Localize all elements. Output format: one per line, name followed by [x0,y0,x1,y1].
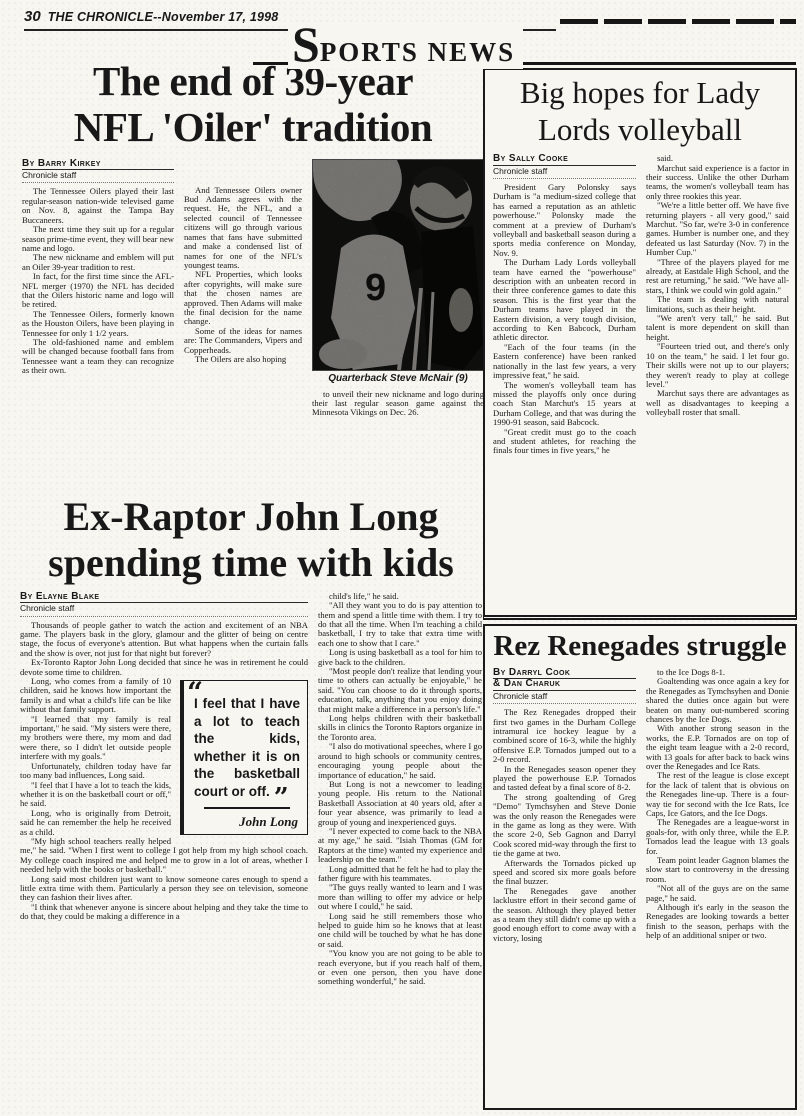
paragraph: The Renegades gave another lacklustre ef… [493,887,636,943]
paragraph: President Gary Polonsky says Durham is "… [493,183,636,258]
paragraph: Long is using basketball as a tool for h… [318,648,482,667]
paragraph: The rest of the league is close except f… [646,771,789,818]
oilers-headline: The end of 39-year NFL 'Oiler' tradition [22,58,484,151]
johnlong-left-lead-text: Thousands of people gather to watch the … [20,621,308,677]
section-banner: SPORTS NEWS [288,22,523,69]
oilers-byline: By Barry Kirkey [22,159,174,170]
paragraph: Afterwards the Tornados picked up speed … [493,859,636,887]
renegades-byline-role: Chronicle staff [493,691,636,704]
newspaper-masthead: THE CHRONICLE--November 17, 1998 [48,10,279,24]
football-photo: 9 [312,159,484,371]
volleyball-column-2: said.Marchut said experience is a factor… [646,154,789,456]
paragraph: "My high school teachers really helped m… [20,837,308,875]
paragraph: In fact, for the first time since the AF… [22,272,174,310]
football-photo-art: 9 [313,160,483,370]
johnlong-column-right: child's life," he said."All they want yo… [318,592,482,987]
renegades-col2-text: to the Ice Dogs 8-1.Goaltending was once… [646,668,789,941]
paragraph: "You know you are not going to be able t… [318,949,482,987]
paragraph: "Most people don't realize that lending … [318,667,482,714]
paragraph: Some of the ideas for names are: The Com… [184,327,302,355]
paragraph: Long said he still remembers those who h… [318,912,482,950]
pull-quote-text: I feel that I have a lot to teach the ki… [194,695,300,800]
paragraph: The Renegades are a league-worst in goal… [646,818,789,856]
paragraph: "We aren't very tall," he said. But tale… [646,314,789,342]
oilers-col2-text: And Tennessee Oilers owner Bud Adams agr… [184,186,302,365]
pull-quote-box: “ I feel that I have a lot to teach the … [180,680,308,835]
paragraph: Team point leader Gagnon blames the slow… [646,856,789,884]
volleyball-byline-role: Chronicle staff [493,166,636,179]
open-quote-mark: “ [187,679,203,707]
volleyball-byline: By Sally Cooke [493,154,636,165]
newspaper-page: 30THE CHRONICLE--November 17, 1998 SPORT… [0,0,804,1116]
section-initial: S [292,16,320,72]
oilers-column-1: By Barry Kirkey Chronicle staff The Tenn… [22,159,174,418]
paragraph: "Fourteen tried out, and there's only 10… [646,342,789,389]
johnlong-column-left: By Elayne Blake Chronicle staff Thousand… [20,592,308,987]
paragraph: The Tennessee Oilers played their last r… [22,187,174,225]
renegades-headline: Rez Renegades struggle [493,631,787,663]
page-number: 30 [24,8,41,25]
paragraph: "I also do motivational speeches, where … [318,742,482,780]
renegades-column-1: By Darryl Cook & Dan Charuk Chronicle st… [493,668,636,943]
section-title: PORTS NEWS [320,37,515,67]
oilers-col1-text: The Tennessee Oilers played their last r… [22,187,174,375]
volleyball-headline: Big hopes for Lady Lords volleyball [493,75,787,148]
paragraph: "Each of the four teams (in the Eastern … [493,343,636,381]
paragraph: "Great credit must go to the coach and s… [493,428,636,456]
paragraph: The Rez Renegades dropped their first tw… [493,708,636,764]
johnlong-right-text: child's life," he said."All they want yo… [318,592,482,987]
paragraph: With another strong season in the works,… [646,724,789,771]
paragraph: Long said most children just want to kno… [20,875,308,903]
johnlong-byline: By Elayne Blake [20,592,308,603]
paragraph: to unveil their new nickname and logo du… [312,390,484,418]
paragraph: The Tennessee Oilers, formerly known as … [22,310,174,338]
johnlong-headline: Ex-Raptor John Long spending time with k… [20,494,482,587]
paragraph: "The guys really wanted to learn and I w… [318,883,482,911]
oilers-col3-text: to unveil their new nickname and logo du… [312,390,484,418]
paragraph: The strong goaltending of Greg "Demo" Ty… [493,793,636,859]
header-rule-right [560,19,796,24]
paragraph: "Not all of the guys are on the same pag… [646,884,789,903]
paragraph: Goaltending was once again a key for the… [646,677,789,724]
paragraph: And Tennessee Oilers owner Bud Adams agr… [184,186,302,271]
paragraph: The Durham Lady Lords volleyball team ha… [493,258,636,343]
paragraph: The next time they suit up for a regular… [22,225,174,253]
paragraph: NFL Properties, which looks after copyri… [184,270,302,326]
paragraph: Marchut said experience is a factor in t… [646,164,789,202]
paragraph: "I never expected to come back to the NB… [318,827,482,865]
paragraph: The team is dealing with natural limitat… [646,295,789,314]
close-quote-mark: ” [274,783,289,813]
paragraph: Ex-Toronto Raptor John Long decided that… [20,658,308,677]
paragraph: "We're a little better off. We have five… [646,201,789,257]
paragraph: In the Renegades season opener they play… [493,765,636,793]
paragraph: "Three of the players played for me alre… [646,258,789,296]
paragraph: Long helps children with their basketbal… [318,714,482,742]
paragraph: "I think that whenever anyone is sincere… [20,903,308,922]
johnlong-byline-role: Chronicle staff [20,603,308,616]
volleyball-col1-text: President Gary Polonsky says Durham is "… [493,183,636,456]
renegades-col1-text: The Rez Renegades dropped their first tw… [493,708,636,943]
paragraph: The Oilers are also hoping [184,355,302,364]
paragraph: "All they want you to do is pay attentio… [318,601,482,648]
article-renegades: Rez Renegades struggle By Darryl Cook & … [483,624,797,1110]
photo-caption: Quarterback Steve McNair (9) [312,373,484,385]
paragraph: The new nickname and emblem will put an … [22,253,174,272]
pull-quote-attribution: John Long [194,814,300,830]
volleyball-column-1: By Sally Cooke Chronicle staff President… [493,154,636,456]
renegades-column-2: to the Ice Dogs 8-1.Goaltending was once… [646,668,789,943]
paragraph: Although it's early in the season the Re… [646,903,789,941]
renegades-byline-2: & Dan Charuk [493,679,636,690]
paragraph: But Long is not a newcomer to leading yo… [318,780,482,827]
article-johnlong: Ex-Raptor John Long spending time with k… [20,494,482,1114]
oilers-column-3: 9 Quarterback Steve McNair (9) to unveil… [312,159,484,418]
article-volleyball: Big hopes for Lady Lords volleyball By S… [483,68,797,620]
oilers-byline-role: Chronicle staff [22,170,174,183]
volleyball-col2-text: said.Marchut said experience is a factor… [646,154,789,417]
paragraph: Thousands of people gather to watch the … [20,621,308,659]
paragraph: The old-fashioned name and emblem will b… [22,338,174,376]
oilers-column-2: And Tennessee Oilers owner Bud Adams agr… [184,159,302,418]
paragraph: Marchut says there are advantages as wel… [646,389,789,417]
paragraph: The women's volleyball team has missed t… [493,381,636,428]
paragraph: Long admitted that he felt he had to pla… [318,865,482,884]
article-oilers: The end of 39-year NFL 'Oiler' tradition… [22,58,484,496]
